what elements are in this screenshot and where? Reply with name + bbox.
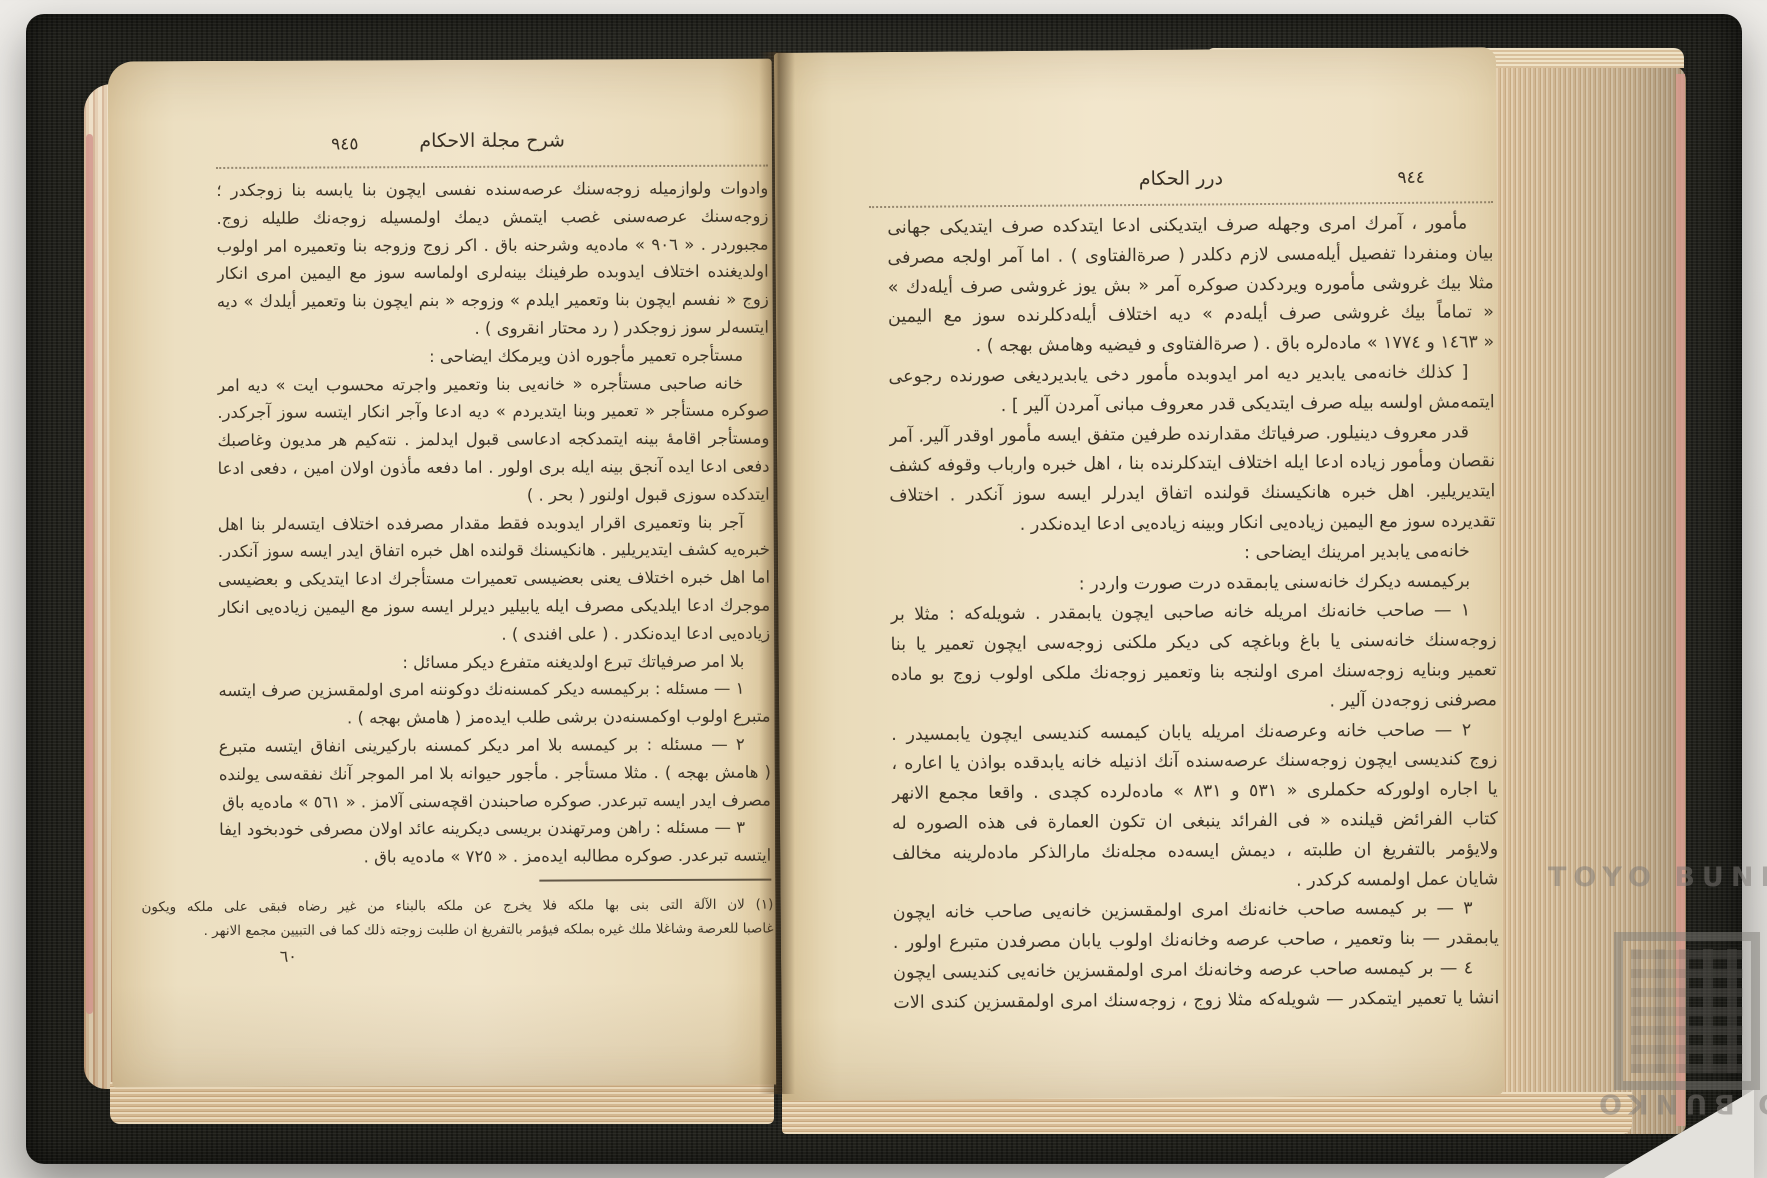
right-body-line: نقصان ومأمور زياده ادعا ايله اختلاف ايتد…	[889, 448, 1495, 483]
left-body-line: مستأجره تعمير مأجوره اذن ويرمكك ايضاحى :	[217, 341, 769, 371]
left-body-line: متبرع اولوب اوكمسنه‌دن برشى طلب ايده‌مز …	[219, 703, 771, 733]
right-body-line: ايتديريلير. اهل خبره هانكيسنك قولنده اتف…	[889, 477, 1495, 512]
gathering-signature-number: ٦٠	[280, 947, 297, 966]
watermark-text-inverted: TOYO BUNKO	[1592, 1088, 1767, 1119]
left-body-line: خانه صاحبى مستأجره « خانه‌يى بنا وتعمير …	[217, 369, 769, 399]
left-body-line: وادوات ولوازميله زوجه‌سنك عرصه‌سنده نفسى…	[216, 175, 768, 205]
right-body-line: [ كذلك خانه‌مى يابدير ديه امر ايدوبده مأ…	[888, 358, 1494, 393]
footnote-separator-rule	[539, 879, 771, 882]
right-body-line: مأمور ، آمرك امرى وجهله صرف ايتديكنى ادع…	[887, 209, 1493, 244]
right-body-line: مصرفنى زوجه‌دن آلير .	[891, 686, 1497, 721]
footnote-line: (١) لان الآلة التى بنى بها ملكه فلا يخرج…	[141, 893, 773, 920]
left-body-line: مجبوردر . « ٩٠٦ » ماده‌يه وشرحنه باق . ا…	[217, 230, 769, 260]
left-page-footnote: (١) لان الآلة التى بنى بها ملكه فلا يخرج…	[141, 893, 773, 944]
right-body-line: ٢ — صاحب خانه وعرصه‌نك امريله يابان كيمس…	[891, 716, 1497, 751]
seal-glyph-pattern	[1631, 949, 1743, 1073]
right-body-line: « ١٤٦٣ و ١٧٧٤ » ماده‌لره باق . ( صرةالفت…	[888, 328, 1494, 363]
left-body-line: ١ — مسئله : بركيمسه ديكر كمسنه‌نك دوكونن…	[218, 675, 770, 705]
page-block-bottom-edge-left	[110, 1082, 774, 1124]
left-body-line: صوكره مستأجر « تعمير وبنا ايتديردم » ديه…	[217, 397, 769, 427]
left-body-line: آجر بنا وتعميرى اقرار ايدوبده فقط مقدار …	[218, 508, 770, 538]
left-body-line: اولديغنده اختلاف ايدوبده طرفينك بينه‌لرى…	[217, 258, 769, 288]
left-body-line: ٣ — مسئله : راهن ومرتهندن بريسى ديكرينه …	[219, 814, 771, 844]
left-body-line: اما اهل خبره اختلاف يعنى بعضيسى تعميرات …	[218, 564, 770, 594]
right-body-line: تقديرده سوز مع اليمين زياده‌يى انكار وبي…	[890, 507, 1496, 542]
watermark-text: TOYO BUNKO	[1548, 862, 1767, 893]
left-page: ٩٤٥ شرح مجلة الاحكام وادوات ولوازميله زو…	[108, 59, 776, 1088]
right-page-header: ٩٤٤ درر الحكام	[869, 155, 1493, 208]
left-body-line: بلا امر صرفياتك تبرع اولديغنه متفرع ديكر…	[218, 647, 770, 677]
right-body-line: « تماماً بيك غروشى صرف أيله‌دم » ديه اخت…	[888, 299, 1494, 334]
right-page: ٩٤٤ درر الحكام مأمور ، آمرك امرى وجهله ص…	[774, 47, 1504, 1101]
book-gutter-shadow	[759, 52, 795, 1094]
right-page-title: درر الحكام	[869, 165, 1493, 192]
right-body-line: كتاب الفرائض قيلنده « فى الفرائد ينبغى ا…	[892, 805, 1498, 840]
right-body-line: ٤ — بر كيمسه صاحب عرصه وخانه‌نك امرى اول…	[893, 954, 1499, 989]
right-body-line: زوج كنديسى ايچون زوجه‌سنك عرصه‌سنده آنك …	[891, 746, 1497, 781]
left-body-line: زوجه‌سنك عرصه‌سنى غصب ايتمش ديمك اولمسيل…	[216, 202, 768, 232]
book-cover: ٩٤٥ شرح مجلة الاحكام وادوات ولوازميله زو…	[26, 14, 1742, 1164]
right-body-line: بيان ومنفردا تفصيل أيله‌مسى لازم دكلدر (…	[887, 239, 1493, 274]
left-body-line: ايتدكده سوزى قبول اولنور ( بحر . )	[218, 480, 770, 510]
left-body-line: زوج « نفسم ايچون بنا وتعمير ايلدم » وزوج…	[217, 286, 769, 316]
left-body-line: دفعى ادعا ايده آنجق بينه ايله برى اولور …	[217, 453, 769, 483]
right-body-line: شايان عمل اولمسه كركدر .	[892, 865, 1498, 900]
right-body-line: بركيمسه ديكرك خانه‌سنى يابمقده درت صورت …	[890, 567, 1496, 602]
left-body-line: خبره‌يه كشف ايتديريلير . هانكيسنك قولنده…	[218, 536, 770, 566]
left-body-line: مصرف ايدر ايسه تبرعدر. صوكره صاحبندن اقچ…	[219, 786, 771, 816]
left-body-line: ( هامش بهجه ) . مثلا مستأجر . مأجور حيوا…	[219, 758, 771, 788]
left-page-body: وادوات ولوازميله زوجه‌سنك عرصه‌سنده نفسى…	[216, 175, 771, 872]
left-body-line: ٢ — مسئله : بر كيمسه بلا امر ديكر كمسنه …	[219, 731, 771, 761]
right-body-line: ٣ — بر كيمسه صاحب خانه‌نك امرى اولمقسزين…	[893, 895, 1499, 930]
right-body-line: يا اجاره اولوركه حكملرى « ٥٣١ و ٨٣١ » ما…	[892, 775, 1498, 810]
footnote-line: غاصبا للعرصة وشاغلا ملك غيره بملكه فيؤمر…	[142, 917, 774, 944]
left-body-line: زياده‌يى ادعا ايده‌نكدر . ( على افندى ) …	[218, 619, 770, 649]
right-body-line: خانه‌مى يابدير امرينك ايضاحى :	[890, 537, 1496, 572]
left-page-header: ٩٤٥ شرح مجلة الاحكام	[216, 119, 768, 169]
right-body-line: ولايؤمر بالتفريغ ان طلبته ، ديمش ايسه‌ده…	[892, 835, 1498, 870]
right-body-line: يابمقدر — بنا وتعمير ، صاحب عرصه وخانه‌ن…	[893, 924, 1499, 959]
right-body-line: تعمير وبنايه زوجه‌سنك امرى اولنجه بنا وت…	[891, 656, 1497, 691]
right-page-body: مأمور ، آمرك امرى وجهله صرف ايتديكنى ادع…	[887, 209, 1499, 1018]
toyo-bunko-seal-icon	[1614, 932, 1760, 1090]
photo-backdrop: ٩٤٥ شرح مجلة الاحكام وادوات ولوازميله زو…	[0, 0, 1767, 1178]
left-body-line: ومستأجر اقامهٔ بينه ايتمدكجه ادعاسى قبول…	[217, 425, 769, 455]
left-body-line: ايتسه‌لر سوز زوجكدر ( رد محتار انقروى ) …	[217, 314, 769, 344]
right-body-line: ايتمه‌مش اولسه بيله صرف ايتديكى قدر معرو…	[889, 388, 1495, 423]
right-body-line: ١ — صاحب خانه‌نك امريله خانه صاحبى ايچون…	[890, 597, 1496, 632]
left-body-line: ايتسه تبرعدر. صوكره مطالبه ايده‌مز . « ٧…	[219, 842, 771, 872]
left-page-title: شرح مجلة الاحكام	[216, 129, 768, 153]
right-body-line: مثلا بيك غروشى مأموره ويردكدن صوكره آمر …	[888, 269, 1494, 304]
left-body-line: موجرك ادعا ايلديكى مصرف ايله يابيلير دير…	[218, 592, 770, 622]
right-body-line: انشا يا تعمير ايتمكدر — شويله‌كه مثلا زو…	[893, 984, 1499, 1019]
right-body-line: زوجه‌سنك خانه‌سنى يا باغ وباغچه كى ديكر …	[890, 626, 1496, 661]
page-block-left-pink-edge	[86, 134, 93, 1014]
right-body-line: قدر معروف دينيلور. صرفياتك مقدارنده طرفي…	[889, 418, 1495, 453]
